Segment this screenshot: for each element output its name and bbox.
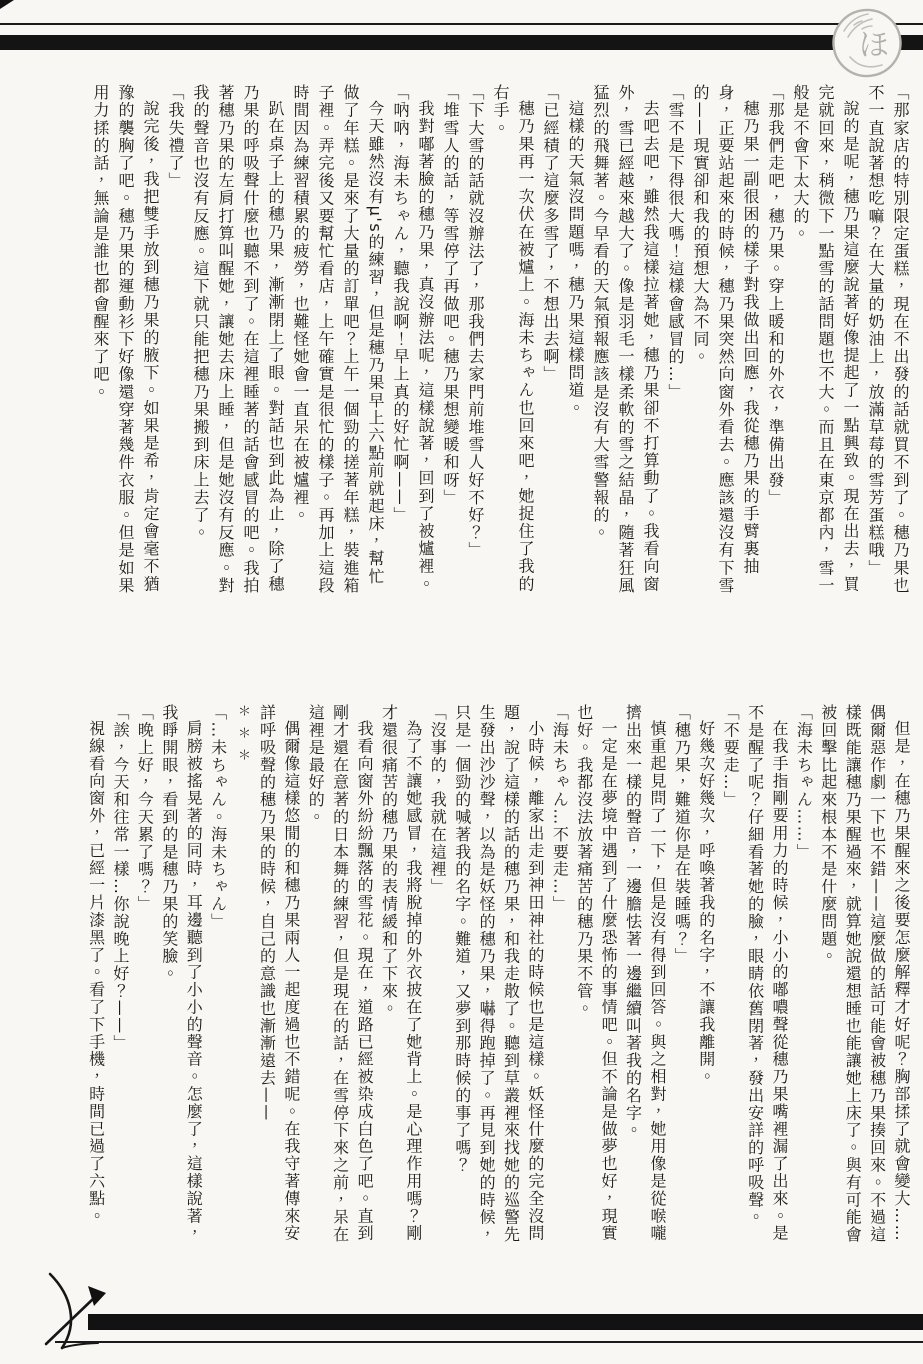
narration-paragraph: 小時候，離家出走到神田神社的時候也是這樣。妖怪什麼的完全沒問題，說了這樣的話的穗… [449, 704, 547, 1254]
narration-paragraph: 肩膀被搖晃著的同時，耳邊聽到了小小的聲音。怎麼了，這樣說著，我睜開眼，看到的是穗… [156, 704, 205, 1254]
top-black-bar [0, 35, 923, 50]
section-divider: ＊＊＊ [230, 704, 254, 1254]
narration-paragraph: 去吧去吧，雖然我這樣拉著她，穗乃果卻不打算動了。我看向窗外，雪已經越來越大了。像… [588, 84, 663, 596]
narration-paragraph: 但是，在穗乃果醒來之後要怎麼解釋才好呢？胸部揉了就會變大……偶爾惡作劇一下也不錯… [815, 704, 913, 1254]
narration-paragraph: 穗乃果再一次伏在被爐上。海未ちゃん也回來吧，她捉住了我的右手。 [488, 84, 538, 596]
dialogue-paragraph: 「已經積了這麼多雪了，不想出去啊」 [538, 84, 563, 596]
dialogue-paragraph: 「沒事的，我就在這裡」 [425, 704, 449, 1254]
narration-paragraph: 說的是呢，穗乃果這麼說著好像提起了一點興致。現在出去，買完就回來，稍微下一點雪的… [788, 84, 863, 596]
scan-artifact [0, 0, 14, 9]
stamp-character: ほ [859, 28, 889, 63]
dialogue-paragraph: 「穗乃果，難道你是在裝睡嗎？」 [669, 704, 693, 1254]
lower-text-block: 但是，在穗乃果醒來之後要怎麼解釋才好呢？胸部揉了就會變大……偶爾惡作劇一下也不錯… [73, 704, 913, 1254]
dialogue-paragraph: 「那我們走吧，穗乃果。穿上暖和的外衣，準備出發」 [763, 84, 788, 596]
scanned-novel-page: ほ 「那家店的特別限定蛋糕，現在不出發的話就買不到了。穗乃果也不一直說著想吃嘛？… [0, 0, 923, 1364]
narration-paragraph: 今天雖然沒有μ's的練習，但是穗乃果早上六點前就起床，幫忙做了年糕。是來了大量的… [288, 84, 388, 596]
narration-paragraph: 好幾次好幾次，呼喚著我的名字，不讓我離開。 [693, 704, 717, 1254]
narration-paragraph: 視線看向窗外，已經一片漆黑了。看了下手機，時間已過了六點。 [83, 704, 107, 1254]
top-thin-rule [0, 23, 923, 25]
narration-paragraph: 說完後，我把雙手放到穗乃果的腋下。如果是希，肯定會毫不猶豫的襲胸了吧。穗乃果的運… [88, 84, 163, 596]
narration-paragraph: 一定是在夢境中遇到了什麼恐怖的事情吧。但不論是做夢也好，現實也好。我都沒法放著痛… [571, 704, 620, 1254]
dialogue-paragraph: 「我失禮了」 [163, 84, 188, 596]
dialogue-paragraph: 「…未ちゃん。海未ちゃん」 [205, 704, 229, 1254]
dialogue-paragraph: 「不要走…」 [718, 704, 742, 1254]
upper-text-block: 「那家店的特別限定蛋糕，現在不出發的話就買不到了。穗乃果也不一直說著想吃嘛？在大… [77, 84, 913, 596]
dialogue-paragraph: 「海未ちゃん……」 [791, 704, 815, 1254]
dialogue-paragraph: 「下大雪的話就沒辦法了，那我們去家門前堆雪人好不好？」 [463, 84, 488, 596]
narration-paragraph: 趴在桌子上的穗乃果，漸漸閉上了眼。對話也到此為止，除了穗乃果的呼吸聲什麼也聽不到… [188, 84, 288, 596]
narration-paragraph: 慎重起見問了一下，但是沒有得到回答。與之相對，她用像是從喉嚨擠出來一樣的聲音，一… [620, 704, 669, 1254]
dialogue-paragraph: 「堆雪人的話，等雪停了再做吧。穗乃果想變暖和呀」 [438, 84, 463, 596]
dialogue-paragraph: 「吶吶，海未ちゃん，聽我說啊！早上真的好忙啊——」 [388, 84, 413, 596]
dialogue-paragraph: 「誒，今天和往常一樣…你說晚上好？——」 [108, 704, 132, 1254]
narration-paragraph: 穗乃果一副很困的樣子對我做出回應，我從穗乃果的手臂裏抽身，正要站起來的時候，穗乃… [688, 84, 763, 596]
narration-paragraph: 偶爾像這樣悠閒的和穗乃果兩人一起度過也不錯呢。在我守著傳來安詳呼吸聲的穗乃果的時… [254, 704, 303, 1254]
bottom-black-bar [88, 1314, 923, 1330]
narration-paragraph: 為了不讓她感冒，我將脫掉的外衣披在了她背上。是心理作用嗎？剛才還很痛苦的穗乃果的… [376, 704, 425, 1254]
dialogue-paragraph: 「那家店的特別限定蛋糕，現在不出發的話就買不到了。穗乃果也不一直說著想吃嘛？在大… [863, 84, 913, 596]
dialogue-paragraph: 「雪不是下得很大嗎！這樣會感冒的…」 [663, 84, 688, 596]
narration-paragraph: 這樣的天氣沒問題嗎，穗乃果這樣問道。 [563, 84, 588, 596]
ho-stamp: ほ [830, 5, 904, 81]
bottom-thin-rule [55, 1341, 923, 1343]
narration-paragraph: 在我手指剛要用力的時候，小小的嘟噥聲從穗乃果嘴裡漏了出來。是不是醒了呢？仔細看著… [742, 704, 791, 1254]
dialogue-paragraph: 「海未ちゃん…不要走…」 [547, 704, 571, 1254]
narration-paragraph: 我看向窗外紛紛飄落的雪花。現在，道路已經被染成白色了吧。直到剛才還在意著的日本舞… [303, 704, 376, 1254]
bow-arrow-icon [40, 1268, 118, 1352]
narration-paragraph: 我對嘟著臉的穗乃果，真沒辦法呢，這樣說著，回到了被爐裡。 [413, 84, 438, 596]
dialogue-paragraph: 「晚上好，今天累了嗎？」 [132, 704, 156, 1254]
